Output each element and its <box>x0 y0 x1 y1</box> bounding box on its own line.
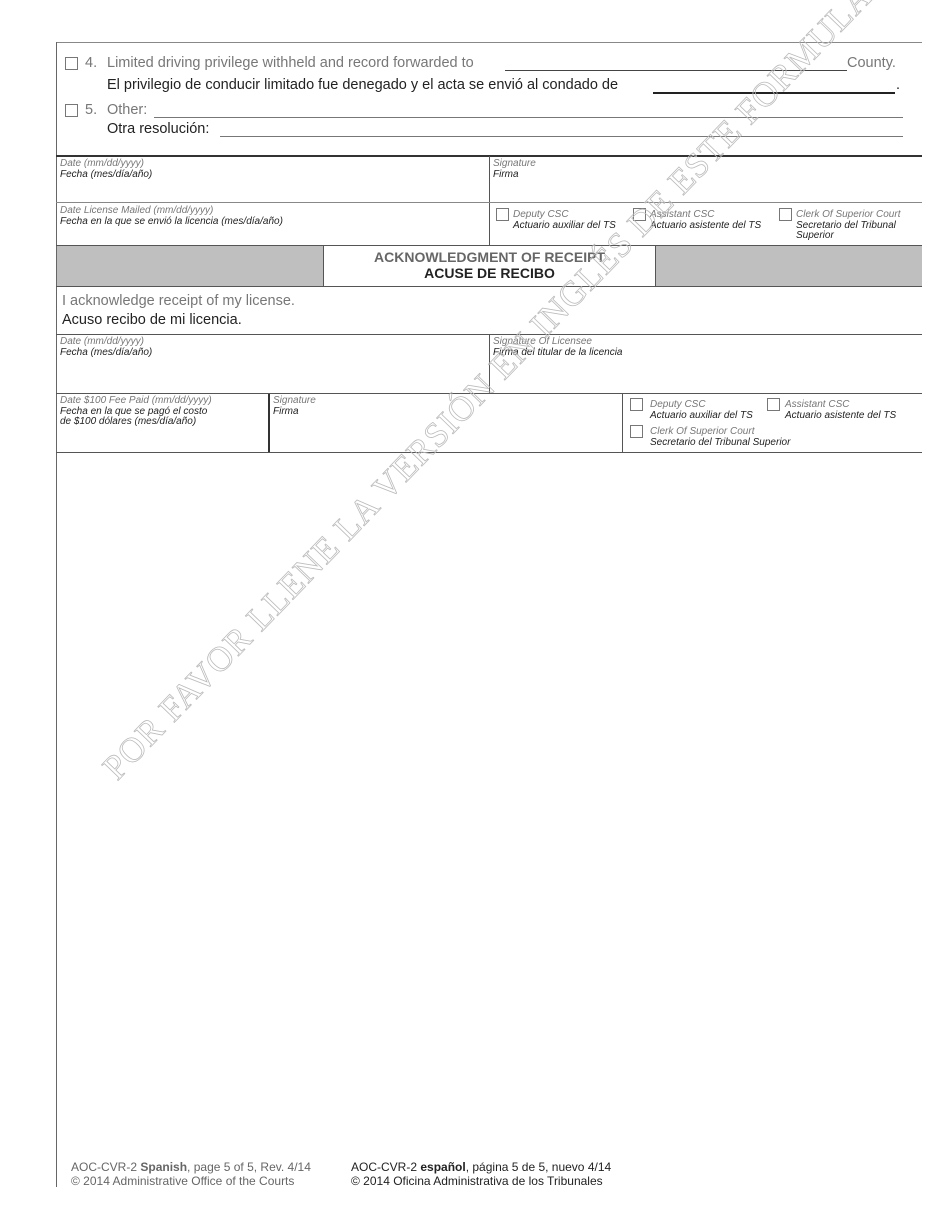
option-4-text-en: Limited driving privilege withheld and r… <box>107 55 474 72</box>
left-border <box>56 42 57 1187</box>
date-label-en: Date (mm/dd/yyyy) <box>60 159 152 170</box>
clerk-superior-court-label: Clerk Of Superior Court Secretario del T… <box>796 210 900 242</box>
option-4-suffix-en: County. <box>847 55 896 72</box>
option-4-number: 4. <box>85 55 97 72</box>
date-license-mailed-field[interactable]: Date License Mailed (mm/dd/yyyy) Fecha e… <box>60 206 283 227</box>
header-shade-left <box>57 246 323 286</box>
ack-clerk-superior-court-checkbox[interactable] <box>630 425 643 438</box>
ack-assistant-csc-checkbox[interactable] <box>767 398 780 411</box>
date-field[interactable]: Date (mm/dd/yyyy) Fecha (mes/día/año) <box>60 159 152 180</box>
option-5-text-en: Other: <box>107 102 147 119</box>
statement-en: I acknowledge receipt of my license. <box>62 293 295 310</box>
deputy-csc-checkbox[interactable] <box>496 208 509 221</box>
signature-field[interactable]: Signature Firma <box>493 159 536 180</box>
divider <box>56 452 922 453</box>
option-4-suffix-es: . <box>896 77 900 94</box>
option-5-checkbox[interactable] <box>65 104 78 117</box>
option-4-checkbox[interactable] <box>65 57 78 70</box>
clerk-superior-court-checkbox[interactable] <box>779 208 792 221</box>
deputy-csc-label: Deputy CSC Actuario auxiliar del TS <box>513 210 616 231</box>
fee-signature-field[interactable]: Signature Firma <box>273 396 316 417</box>
signature-label-es: Firma <box>493 170 536 181</box>
option-5-number: 5. <box>85 102 97 119</box>
ack-deputy-csc-label: Deputy CSC Actuario auxiliar del TS <box>650 400 753 421</box>
divider <box>268 394 270 452</box>
signature-label-en: Signature <box>493 159 536 170</box>
mailed-label-en: Date License Mailed (mm/dd/yyyy) <box>60 206 283 217</box>
footer-en: AOC-CVR-2 Spanish, page 5 of 5, Rev. 4/1… <box>71 1160 311 1188</box>
option-4-text-es: El privilegio de conducir limitado fue d… <box>107 77 618 94</box>
ack-assistant-csc-label: Assistant CSC Actuario asistente del TS <box>785 400 896 421</box>
divider <box>489 156 490 246</box>
fee-paid-date-field[interactable]: Date $100 Fee Paid (mm/dd/yyyy) Fecha en… <box>60 396 212 428</box>
header-shade-right <box>656 246 922 286</box>
mailed-label-es: Fecha en la que se envió la licencia (me… <box>60 217 283 228</box>
statement-es: Acuso recibo de mi licencia. <box>62 312 242 329</box>
footer-es: AOC-CVR-2 español, página 5 de 5, nuevo … <box>351 1160 611 1188</box>
divider <box>622 394 623 452</box>
otra-resolucion-field[interactable] <box>220 136 903 137</box>
other-field[interactable] <box>154 117 903 118</box>
divider <box>56 202 922 203</box>
ack-clerk-superior-court-label: Clerk Of Superior Court Secretario del T… <box>650 427 790 448</box>
date-label-es: Fecha (mes/día/año) <box>60 170 152 181</box>
divider <box>56 286 922 287</box>
ack-date-field[interactable]: Date (mm/dd/yyyy) Fecha (mes/día/año) <box>60 337 152 358</box>
option-5-text-es: Otra resolución: <box>107 121 209 138</box>
ack-deputy-csc-checkbox[interactable] <box>630 398 643 411</box>
